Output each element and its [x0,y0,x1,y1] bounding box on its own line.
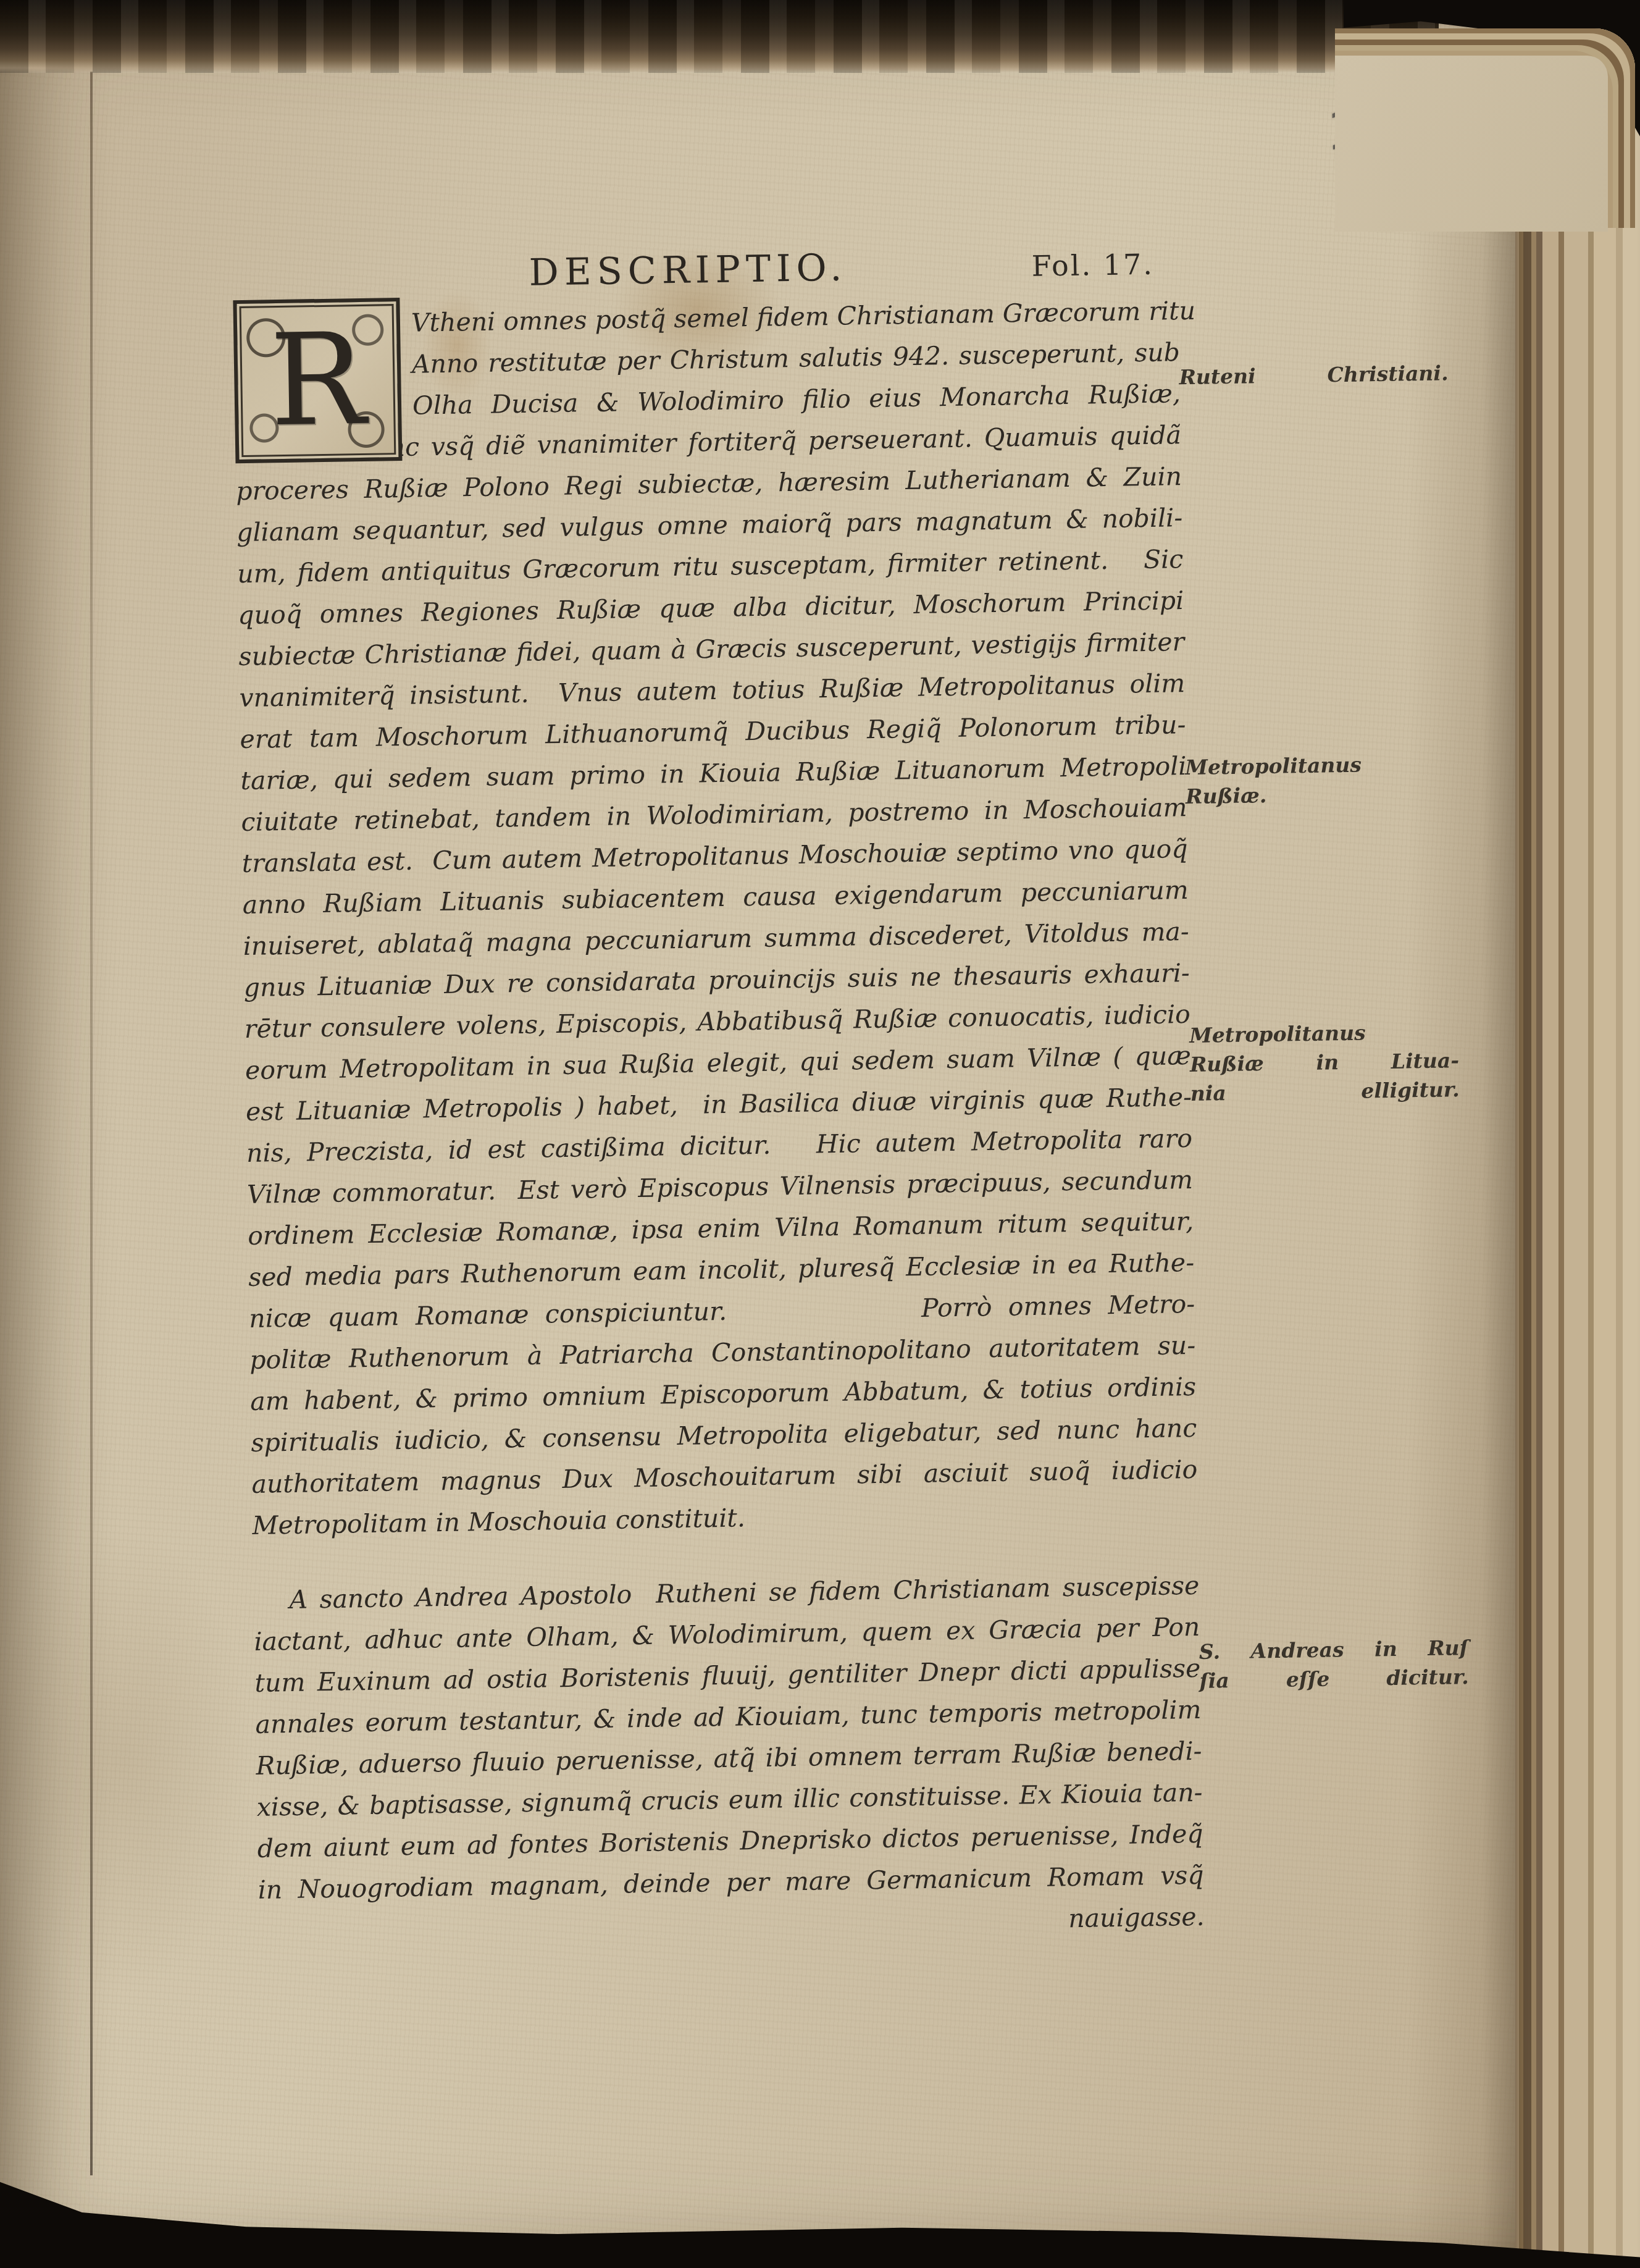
text-line: Ruteni Christiani. [1179,359,1449,392]
margin-note-s-andreas: S. Andreas in Ruſſia eſſe dicitur. [1199,1634,1469,1696]
text-line: Rußiæ. [1186,778,1455,812]
printed-content: DESCRIPTIO. Fol. 17. R Vtheni omnes post… [0,0,1640,2268]
decorated-initial: R [233,298,402,463]
running-header: DESCRIPTIO. [529,246,848,295]
top-right-page-corners [1344,0,1640,213]
margin-note-metropolitanus-russiae: MetropolitanusRußiæ. [1185,749,1455,812]
text-line: ſia eſſe dicitur. [1199,1663,1469,1696]
page-corner-surface [1335,56,1608,232]
fore-edge-page-stack [1515,0,1640,2268]
initial-letter: R [269,316,367,444]
paragraph-rutheni: Vtheni omnes postq̃ semel fidem Christia… [233,292,1199,1548]
margin-note-metropolitanus-lituania: MetropolitanusRußiæ in Litua-nia elligit… [1189,1017,1460,1109]
scanned-book-photo: DESCRIPTIO. Fol. 17. R Vtheni omnes post… [0,0,1640,2268]
text-line: Rußiæ in Litua- [1190,1046,1460,1080]
text-line: nia elligitur. [1190,1075,1460,1109]
main-text-block: R Vtheni omnes postq̃ semel fidem Christ… [233,292,1205,1954]
text-line: Metropolitanus [1189,1017,1459,1051]
binding-headband [0,0,1439,73]
book-page: DESCRIPTIO. Fol. 17. R Vtheni omnes post… [0,0,1640,2268]
text-line: Metropolitanus [1185,749,1455,783]
margin-note-ruteni-christiani: Ruteni Christiani. [1179,359,1449,392]
paragraph-andreas: A sancto Andrea Apostolo Rutheni se fide… [253,1566,1205,1954]
text-line: S. Andreas in Ruſ [1199,1634,1469,1667]
folio-label: Fol. 17. [1031,248,1154,283]
